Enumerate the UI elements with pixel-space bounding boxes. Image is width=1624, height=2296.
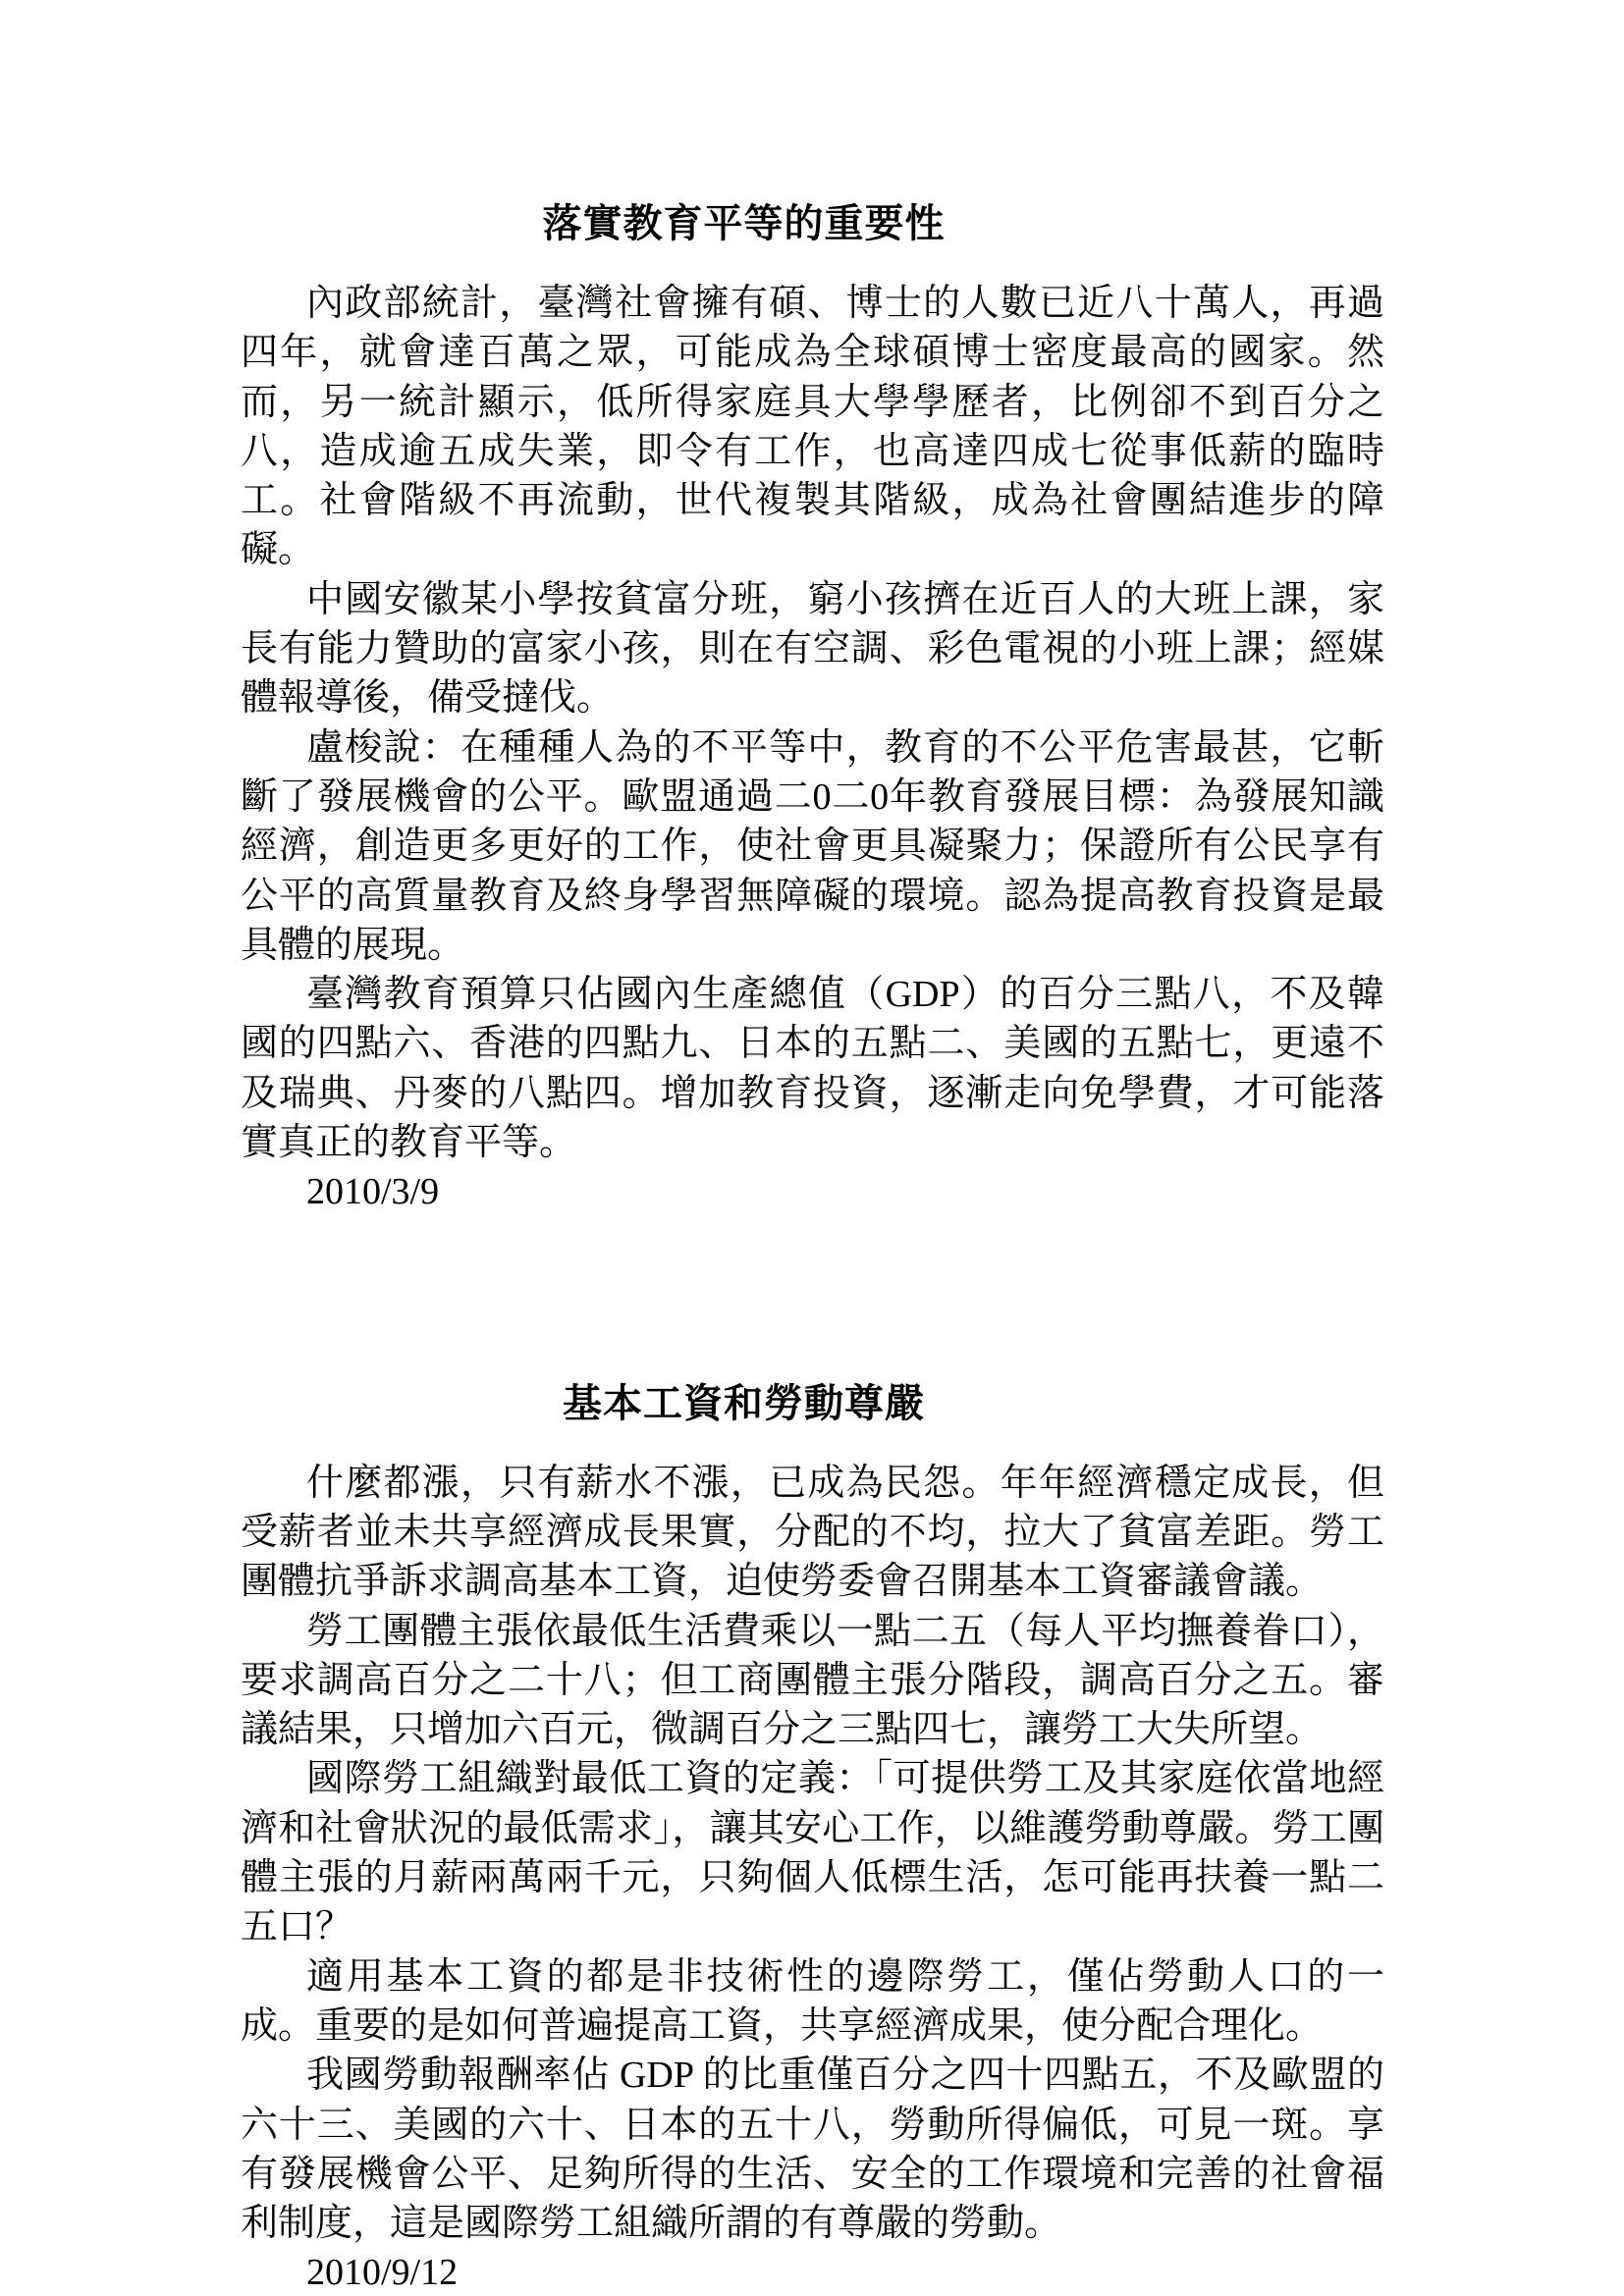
essay-paragraph: 盧梭說：在種種人為的不平等中，教育的不公平危害最甚，它斬斷了發展機會的公平。歐盟… <box>241 723 1384 970</box>
essay-body: 什麼都漲，只有薪水不漲，已成為民怨。年年經濟穩定成長，但受薪者並未共享經濟成長果… <box>241 1459 1384 2296</box>
essay-title: 落實教育平等的重要性 <box>241 196 1247 251</box>
essay-paragraph: 什麼都漲，只有薪水不漲，已成為民怨。年年經濟穩定成長，但受薪者並未共享經濟成長果… <box>241 1459 1384 1607</box>
essay-paragraph: 中國安徽某小學按貧富分班，窮小孩擠在近百人的大班上課，家長有能力贊助的富家小孩，… <box>241 575 1384 723</box>
essay-title: 基本工資和勞動尊嚴 <box>241 1376 1247 1431</box>
essay-paragraph: 內政部統計，臺灣社會擁有碩、博士的人數已近八十萬人，再過四年，就會達百萬之眾，可… <box>241 279 1384 575</box>
essay-paragraph: 我國勞動報酬率佔 GDP 的比重僅百分之四十四點五，不及歐盟的六十三、美國的六十… <box>241 2051 1384 2248</box>
essay-date: 2010/3/9 <box>241 1167 1384 1216</box>
essay-body: 內政部統計，臺灣社會擁有碩、博士的人數已近八十萬人，再過四年，就會達百萬之眾，可… <box>241 279 1384 1217</box>
essay-paragraph: 臺灣教育預算只佔國內生產總值（GDP）的百分三點八，不及韓國的四點六、香港的四點… <box>241 970 1384 1167</box>
essay-paragraph: 勞工團體主張依最低生活費乘以一點二五（每人平均撫養眷口），要求調高百分之二十八；… <box>241 1607 1384 1755</box>
essay-date: 2010/9/12 <box>241 2248 1384 2296</box>
essay-paragraph: 適用基本工資的都是非技術性的邊際勞工，僅佔勞動人口的一成。重要的是如何普遍提高工… <box>241 1952 1384 2052</box>
essay-paragraph: 國際勞工組織對最低工資的定義：「可提供勞工及其家庭依當地經濟和社會狀況的最低需求… <box>241 1754 1384 1951</box>
essay-basic-wage-dignity: 基本工資和勞動尊嚴 什麼都漲，只有薪水不漲，已成為民怨。年年經濟穩定成長，但受薪… <box>241 1376 1384 2296</box>
essay-education-equality: 落實教育平等的重要性 內政部統計，臺灣社會擁有碩、博士的人數已近八十萬人，再過四… <box>241 196 1384 1217</box>
document-page: 落實教育平等的重要性 內政部統計，臺灣社會擁有碩、博士的人數已近八十萬人，再過四… <box>0 0 1624 2296</box>
